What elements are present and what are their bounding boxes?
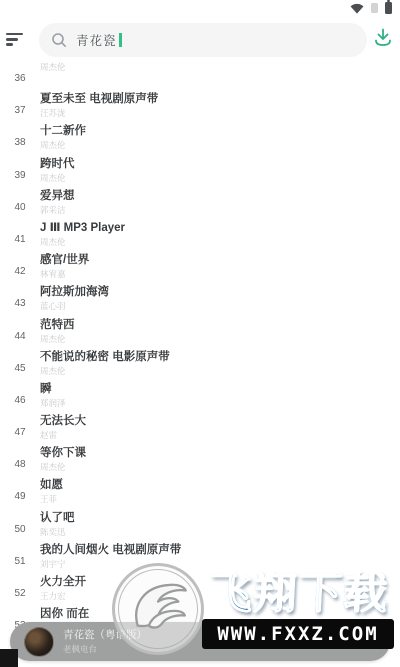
result-row[interactable]: 40 爱异想 郭采洁 <box>0 187 400 219</box>
song-artist: 陈奕迅 <box>40 526 400 538</box>
search-input[interactable]: 青花瓷 <box>39 23 367 57</box>
result-row[interactable]: 47 无法长大 赵雷 <box>0 412 400 444</box>
song-title: 夏至未至 电视剧原声带 <box>40 92 400 106</box>
search-icon <box>51 32 67 48</box>
song-artist: 郭采洁 <box>40 204 400 216</box>
result-row[interactable]: 46 瞬 郑润泽 <box>0 380 400 412</box>
text-cursor <box>119 33 122 47</box>
song-artist: 赵雷 <box>40 429 400 441</box>
album-art <box>24 627 54 657</box>
result-index: 43 <box>0 283 40 315</box>
result-index: 44 <box>0 316 40 348</box>
result-row[interactable]: 42 感官/世界 林宥嘉 <box>0 251 400 283</box>
song-title: 等你下课 <box>40 446 400 460</box>
result-index: 49 <box>0 476 40 508</box>
result-index: 36 <box>0 58 40 90</box>
song-artist: 周杰伦 <box>40 365 400 377</box>
sort-menu-icon[interactable] <box>6 33 26 47</box>
song-artist: 周杰伦 <box>40 461 400 473</box>
song-artist: 郑润泽 <box>40 397 400 409</box>
song-artist: 周杰伦 <box>40 236 400 248</box>
result-row[interactable]: 48 等你下课 周杰伦 <box>0 444 400 476</box>
song-title: 感官/世界 <box>40 253 400 267</box>
result-index: 45 <box>0 348 40 380</box>
result-row[interactable]: 39 跨时代 周杰伦 <box>0 155 400 187</box>
result-index: 50 <box>0 509 40 541</box>
song-title: 如愿 <box>40 478 400 492</box>
song-title: 我的人间烟火 电视剧原声带 <box>40 543 400 557</box>
result-row[interactable]: 41 J Ⅲ MP3 Player 周杰伦 <box>0 219 400 251</box>
result-row[interactable]: 52 火力全开 王力宏 <box>0 573 400 605</box>
result-index: 38 <box>0 122 40 154</box>
song-title: 爱异想 <box>40 189 400 203</box>
result-index: 39 <box>0 155 40 187</box>
song-artist: 周杰伦 <box>40 333 400 345</box>
result-index: 46 <box>0 380 40 412</box>
result-index: 41 <box>0 219 40 251</box>
result-index: 52 <box>0 573 40 605</box>
wifi-icon <box>350 3 364 14</box>
result-row[interactable]: 45 不能说的秘密 电影原声带 周杰伦 <box>0 348 400 380</box>
song-artist: 蓝心羽 <box>40 300 400 312</box>
mini-player-bar[interactable]: 青花瓷（粤语版） 老枫电台 <box>10 622 390 661</box>
now-playing-subtitle: 老枫电台 <box>63 644 147 655</box>
song-title: 瞬 <box>40 382 400 396</box>
song-artist: 汪苏泷 <box>40 107 400 119</box>
download-icon[interactable] <box>372 26 394 48</box>
app-screen: 青花瓷 36 周杰伦 37 夏至未至 电视剧原声带 汪苏泷 <box>0 0 400 667</box>
song-title: 火力全开 <box>40 575 400 589</box>
result-row[interactable]: 37 夏至未至 电视剧原声带 汪苏泷 <box>0 90 400 122</box>
result-index: 37 <box>0 90 40 122</box>
song-artist: 王力宏 <box>40 590 400 602</box>
result-row[interactable]: 50 认了吧 陈奕迅 <box>0 509 400 541</box>
song-artist: 刘宇宁 <box>40 558 400 570</box>
search-header: 青花瓷 <box>0 16 400 58</box>
result-index: 48 <box>0 444 40 476</box>
song-title: J Ⅲ MP3 Player <box>40 221 400 235</box>
result-row[interactable]: 38 十二新作 周杰伦 <box>0 122 400 154</box>
result-row[interactable]: 44 范特西 周杰伦 <box>0 316 400 348</box>
result-index: 47 <box>0 412 40 444</box>
result-index: 40 <box>0 187 40 219</box>
song-title: 跨时代 <box>40 157 400 171</box>
result-index: 42 <box>0 251 40 283</box>
result-row[interactable]: 51 我的人间烟火 电视剧原声带 刘宇宁 <box>0 541 400 573</box>
song-title: 十二新作 <box>40 124 400 138</box>
battery-icon <box>385 2 392 14</box>
song-artist: 周杰伦 <box>40 139 400 151</box>
song-title: 认了吧 <box>40 511 400 525</box>
song-title: 不能说的秘密 电影原声带 <box>40 350 400 364</box>
result-row[interactable]: 43 阿拉斯加海湾 蓝心羽 <box>0 283 400 315</box>
result-row[interactable]: 49 如愿 王菲 <box>0 476 400 508</box>
now-playing-title: 青花瓷（粤语版） <box>63 629 147 642</box>
song-title: 无法长大 <box>40 414 400 428</box>
song-title: 阿拉斯加海湾 <box>40 285 400 299</box>
song-artist: 林宥嘉 <box>40 268 400 280</box>
status-bar <box>0 0 400 16</box>
song-title: 范特西 <box>40 318 400 332</box>
song-artist: 王菲 <box>40 493 400 505</box>
song-title: 因你 而在 <box>40 607 400 621</box>
search-query-text: 青花瓷 <box>76 31 117 49</box>
sim-icon <box>371 3 378 13</box>
result-index: 51 <box>0 541 40 573</box>
song-artist: 周杰伦 <box>40 61 400 73</box>
result-row[interactable]: 36 周杰伦 <box>0 58 400 90</box>
results-list: 36 周杰伦 37 夏至未至 电视剧原声带 汪苏泷 38 十二新作 周杰伦 <box>0 58 400 662</box>
song-artist: 周杰伦 <box>40 172 400 184</box>
